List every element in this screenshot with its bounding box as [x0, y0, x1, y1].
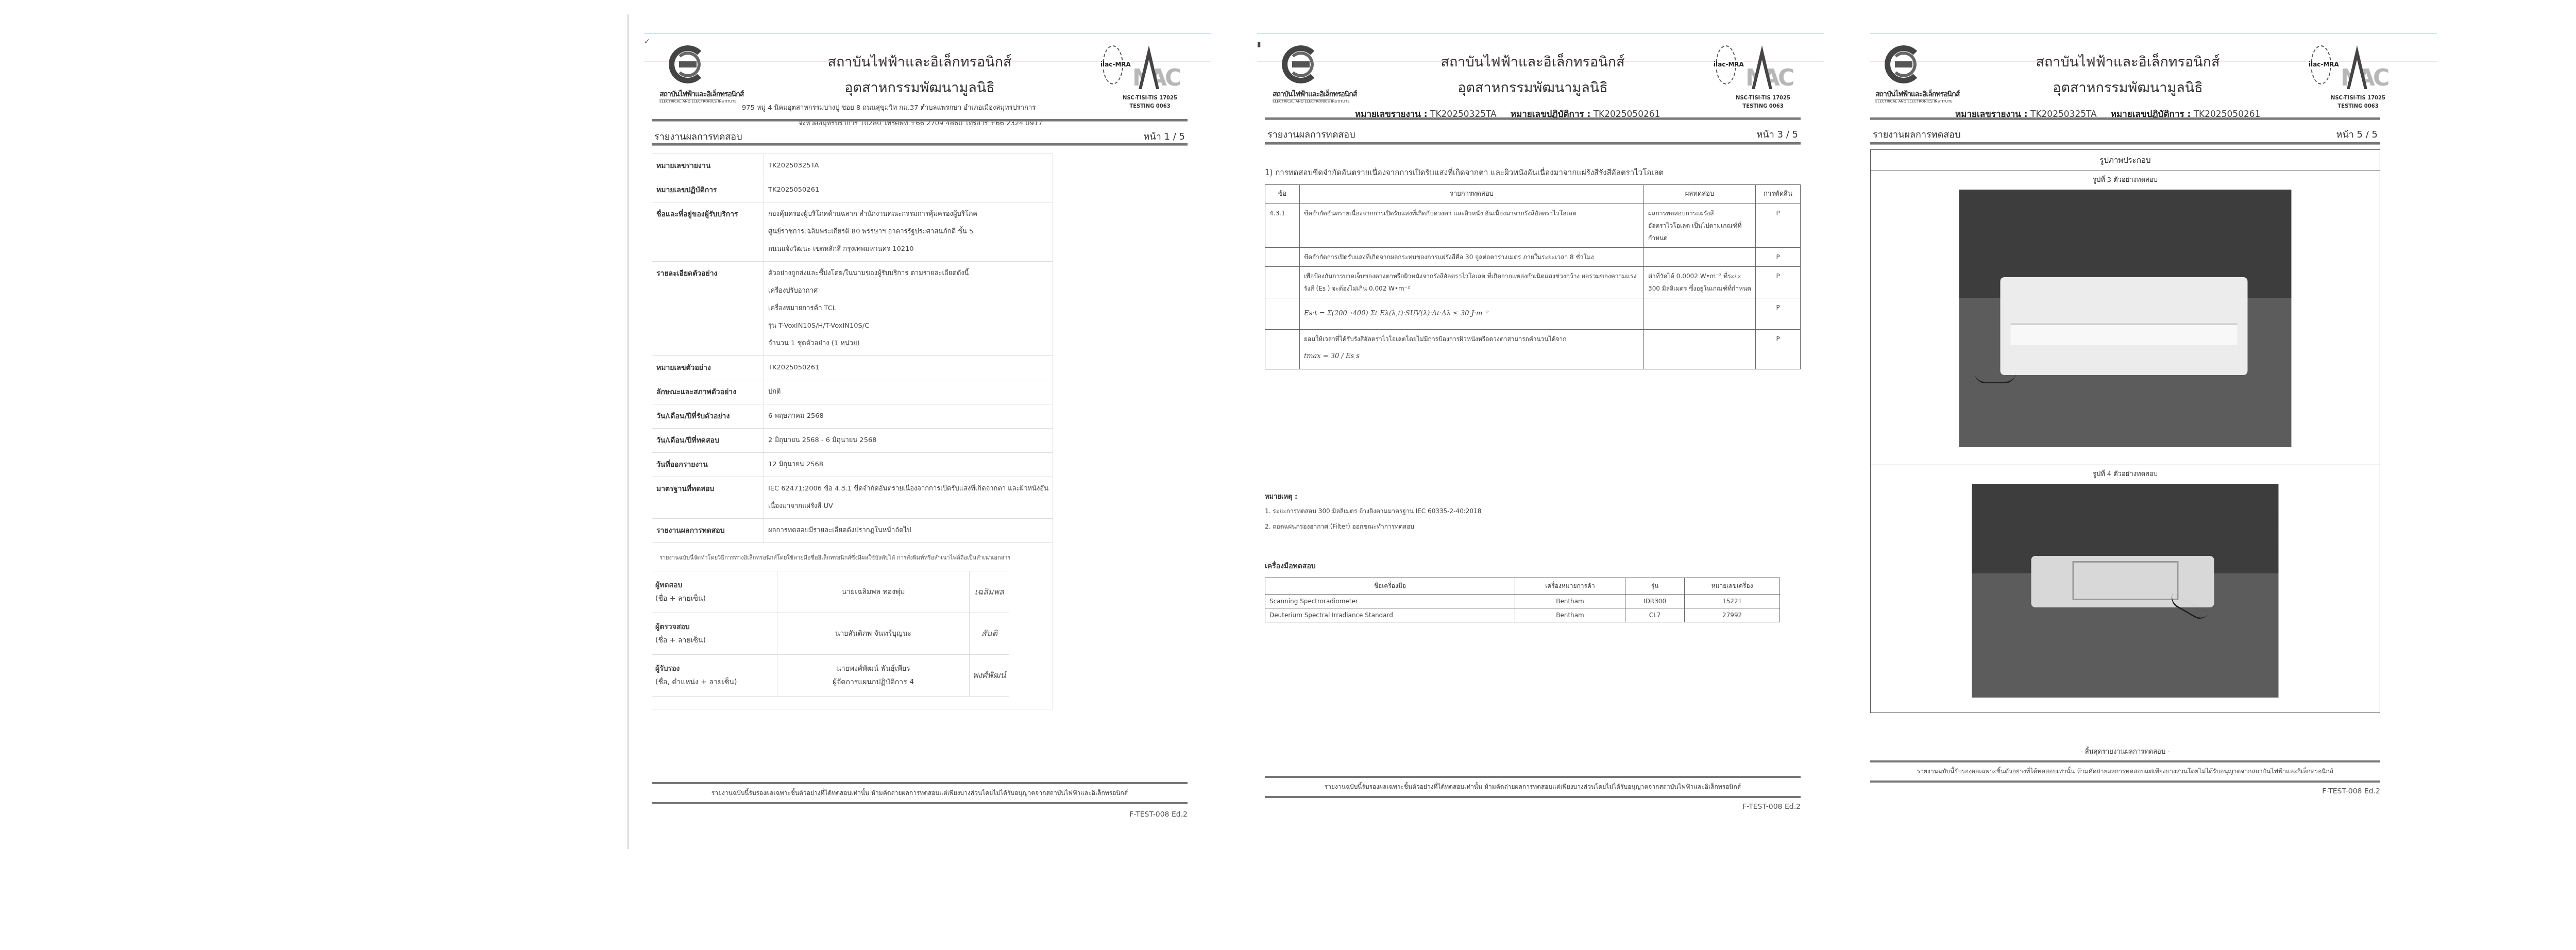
result-cell [1644, 330, 1756, 369]
result-cell: ผลการทดสอบการแผ่รังสีอัลตราไวโอเลต เป็นไ… [1644, 204, 1756, 248]
table-row: ขีดจำกัดการเปิดรับแสงที่เกิดจากผลกระทบขอ… [1265, 248, 1801, 267]
field-value: กองคุ้มครองผู้บริโภคด้านฉลาก สำนักงานคณะ… [764, 202, 1053, 262]
form-number: F-TEST-008 Ed.2 [1129, 810, 1188, 819]
table-cell: Scanning Spectroradiometer [1265, 595, 1515, 608]
equipment-table: ชื่อเครื่องมือเครื่องหมายการค้ารุ่นหมายเ… [1265, 578, 1780, 622]
result-cell [1644, 248, 1756, 267]
scan-mark: ▮ [1257, 40, 1261, 48]
column-header: การตัดสิน [1756, 185, 1801, 204]
ilac-mra-logo-icon: ilac-MRA [2311, 45, 2331, 84]
field-label: วัน/เดือน/ปีที่รับตัวอย่าง [652, 404, 764, 429]
column-header: ผลทดสอบ [1644, 185, 1756, 204]
detail-row: หมายเลขปฏิบัติการTK2025050261 [652, 178, 1053, 202]
clause-cell [1265, 267, 1300, 298]
ilac-mra-logo-icon: ilac-MRA [1103, 45, 1123, 84]
form-number: F-TEST-008 Ed.2 [1742, 803, 1801, 811]
signature-image: เฉลิมพล [970, 571, 1009, 613]
signature-image: พงศ์พัฒน์ [970, 655, 1009, 697]
table-row: Scanning SpectroradiometerBenthamIDR3001… [1265, 595, 1780, 608]
accreditation-number: NSC-TISI-TIS 17025TESTING 0063 [2331, 94, 2385, 111]
signatories-table: ผู้ทดสอบ(ชื่อ + ลายเซ็น)นายเฉลิมพล ทองพุ… [652, 571, 1009, 697]
doc-title: รายงานผลการทดสอบ [654, 131, 742, 142]
doc-title: รายงานผลการทดสอบ [1267, 129, 1355, 140]
signatory-row: ผู้ทดสอบ(ชื่อ + ลายเซ็น)นายเฉลิมพล ทองพุ… [652, 571, 1009, 613]
field-value: TK20250325TA [764, 154, 1053, 178]
table-cell: IDR300 [1625, 595, 1685, 608]
footer-disclaimer: รายงานฉบับนี้รับรองผลเฉพาะชิ้นตัวอย่างที… [1870, 760, 2380, 783]
table-cell: CL7 [1625, 608, 1685, 622]
table-cell: Bentham [1515, 608, 1625, 622]
detail-row: มาตรฐานที่ทดสอบIEC 62471:2006 ข้อ 4.3.1 … [652, 477, 1053, 519]
verdict-cell: P [1756, 298, 1801, 330]
field-value: TK2025050261 [764, 178, 1053, 202]
field-label: หมายเลขรายงาน [652, 154, 764, 178]
footer-disclaimer: รายงานฉบับนี้รับรองผลเฉพาะชิ้นตัวอย่างที… [652, 782, 1188, 804]
verdict-cell: P [1756, 204, 1801, 248]
page-number: หน้า 3 / 5 [1757, 127, 1798, 142]
signatory-row: ผู้ตรวจสอบ(ชื่อ + ลายเซ็น)นายสันติภพ จัน… [652, 613, 1009, 655]
figure-3: รูปที่ 3 ตัวอย่างทดสอบ [1871, 171, 2380, 465]
page-number: หน้า 1 / 5 [1144, 129, 1185, 144]
field-label: รายงานผลการทดสอบ [652, 519, 764, 543]
divider [1870, 142, 2380, 145]
remark-item: 1. ระยะการทดสอบ 300 มิลลิเมตร อ้างอิงตาม… [1265, 506, 1481, 516]
letterhead: สถาบันไฟฟ้าและอิเล็กทรอนิกส์ ELECTRICAL … [649, 30, 1190, 138]
air-conditioner-front-photo [1959, 190, 2292, 447]
divider [1265, 117, 1801, 120]
verdict-cell: P [1756, 267, 1801, 298]
signature-image: สันติ [970, 613, 1009, 655]
column-header: เครื่องหมายการค้า [1515, 578, 1625, 595]
result-cell: ค่าที่วัดได้ 0.0002 W•m⁻² ที่ระยะ 300 มิ… [1644, 267, 1756, 298]
field-value: ผลการทดสอบมีรายละเอียดดังปรากฏในหน้าถัดไ… [764, 519, 1053, 543]
result-cell [1644, 298, 1756, 330]
accreditation-number: NSC-TISI-TIS 17025TESTING 0063 [1123, 94, 1177, 111]
test-item-cell: ขีดจำกัดการเปิดรับแสงที่เกิดจากผลกระทบขอ… [1300, 248, 1644, 267]
detail-row: วัน/เดือน/ปีที่รับตัวอย่าง6 พฤษภาคม 2568 [652, 404, 1053, 429]
esignature-note: รายงานฉบับนี้จัดทำโดยวิธีการทางอิเล็กทรอ… [659, 553, 1010, 562]
doc-title: รายงานผลการทดสอบ [1873, 129, 1961, 140]
detail-row: หมายเลขตัวอย่างTK2025050261 [652, 356, 1053, 380]
signatory-name: นายพงศ์พัฒน์ พันธุ์เพียรผู้จัดการแผนกปฏิ… [777, 655, 970, 697]
letterhead: สถาบันไฟฟ้าและอิเล็กทรอนิกส์ ELECTRICAL … [1875, 30, 2416, 138]
divider [1265, 142, 1801, 145]
report-page-3: ▮ สถาบันไฟฟ้าและอิเล็กทรอนิกส์ ELECTRICA… [1242, 14, 1824, 849]
column-header: ชื่อเครื่องมือ [1265, 578, 1515, 595]
test-item-cell: เพื่อป้องกันการบาดเจ็บของดวงตาหรือผิวหนั… [1300, 267, 1644, 298]
field-value: ตัวอย่างถูกส่งและชี้บ่งโดย/ในนามของผู้รั… [764, 262, 1053, 356]
signatory-name: นายเฉลิมพล ทองพุ่ม [777, 571, 970, 613]
field-label: ลักษณะและสภาพตัวอย่าง [652, 380, 764, 404]
report-title-row: รายงานผลการทดสอบ หน้า 5 / 5 [1873, 127, 2378, 142]
column-header: หมายเลขเครื่อง [1685, 578, 1780, 595]
signatory-role: ผู้ตรวจสอบ(ชื่อ + ลายเซ็น) [652, 613, 777, 655]
signatory-name: นายสันติภพ จันทร์บุญนะ [777, 613, 970, 655]
field-label: วัน/เดือน/ปีที่ทดสอบ [652, 429, 764, 453]
page-number: หน้า 5 / 5 [2336, 127, 2378, 142]
org-foundation: อุตสาหกรรมพัฒนามูลนิธิ [1875, 76, 2380, 98]
figures-heading: รูปภาพประกอบ [1871, 150, 2380, 171]
verdict-cell: P [1756, 248, 1801, 267]
table-row: ยอมให้เวลาที่ได้รับรังสีอัลตราไวโอเลตโดย… [1265, 330, 1801, 369]
detail-row: วัน/เดือน/ปีที่ทดสอบ2 มิถุนายน 2568 - 6 … [652, 429, 1053, 453]
field-value: 6 พฤษภาคม 2568 [764, 404, 1053, 429]
field-label: หมายเลขปฏิบัติการ [652, 178, 764, 202]
field-label: หมายเลขตัวอย่าง [652, 356, 764, 380]
figure-caption: รูปที่ 4 ตัวอย่างทดสอบ [1871, 465, 2380, 479]
report-page-5: สถาบันไฟฟ้าและอิเล็กทรอนิกส์ ELECTRICAL … [1855, 14, 2437, 849]
figures-table: รูปภาพประกอบ รูปที่ 3 ตัวอย่างทดสอบ รูปท… [1870, 149, 2380, 713]
table-header-row: ชื่อเครื่องมือเครื่องหมายการค้ารุ่นหมายเ… [1265, 578, 1780, 595]
form-number: F-TEST-008 Ed.2 [2322, 787, 2380, 795]
test-item-cell: ยอมให้เวลาที่ได้รับรังสีอัลตราไวโอเลตโดย… [1300, 330, 1644, 369]
table-row: เพื่อป้องกันการบาดเจ็บของดวงตาหรือผิวหนั… [1265, 267, 1801, 298]
table-header-row: ข้อรายการทดสอบผลทดสอบการตัดสิน [1265, 185, 1801, 204]
field-value: IEC 62471:2006 ข้อ 4.3.1 ขีดจำกัดอันตราย… [764, 477, 1053, 519]
field-value: ปกติ [764, 380, 1053, 404]
table-row: 4.3.1ขีดจำกัดอันตรายเนื่องจากการเปิดรับแ… [1265, 204, 1801, 248]
signatory-role: ผู้รับรอง(ชื่อ, ตำแหน่ง + ลายเซ็น) [652, 655, 777, 697]
detail-row: รายงานผลการทดสอบผลการทดสอบมีรายละเอียดดั… [652, 519, 1053, 543]
test-results-table: ข้อรายการทดสอบผลทดสอบการตัดสิน4.3.1ขีดจำ… [1265, 184, 1801, 369]
report-title-row: รายงานผลการทดสอบ หน้า 3 / 5 [1267, 127, 1798, 142]
detail-row: ลักษณะและสภาพตัวอย่างปกติ [652, 380, 1053, 404]
column-header: รุ่น [1625, 578, 1685, 595]
field-value: 12 มิถุนายน 2568 [764, 453, 1053, 477]
report-page-1: ✓ สถาบันไฟฟ้าและอิเล็กทรอนิกส์ ELECTRICA… [628, 14, 1211, 849]
table-row: Deuterium Spectral Irradiance StandardBe… [1265, 608, 1780, 622]
report-title-row: รายงานผลการทดสอบ หน้า 1 / 5 [654, 129, 1185, 144]
footer-disclaimer: รายงานฉบับนี้รับรองผลเฉพาะชิ้นตัวอย่างที… [1265, 776, 1801, 798]
test-item-cell: ขีดจำกัดอันตรายเนื่องจากการเปิดรับแสงที่… [1300, 204, 1644, 248]
table-cell: Deuterium Spectral Irradiance Standard [1265, 608, 1515, 622]
detail-row: รายละเอียดตัวอย่างตัวอย่างถูกส่งและชี้บ่… [652, 262, 1053, 356]
column-header: ข้อ [1265, 185, 1300, 204]
detail-row: หมายเลขรายงานTK20250325TA [652, 154, 1053, 178]
figure-4: รูปที่ 4 ตัวอย่างทดสอบ [1871, 465, 2380, 712]
field-label: มาตรฐานที่ทดสอบ [652, 477, 764, 519]
clause-cell [1265, 298, 1300, 330]
test-item-cell: Es·t = Σ(200→400) Σt Eλ(λ,t)·SUV(λ)·Δt·Δ… [1300, 298, 1644, 330]
divider [652, 119, 1188, 122]
clause-cell [1265, 330, 1300, 369]
accreditation-number: NSC-TISI-TIS 17025TESTING 0063 [1736, 94, 1790, 111]
clause-cell: 4.3.1 [1265, 204, 1300, 248]
field-value: TK2025050261 [764, 356, 1053, 380]
field-value: 2 มิถุนายน 2568 - 6 มิถุนายน 2568 [764, 429, 1053, 453]
clause-cell [1265, 248, 1300, 267]
column-header: รายการทดสอบ [1300, 185, 1644, 204]
signatory-row: ผู้รับรอง(ชื่อ, ตำแหน่ง + ลายเซ็น)นายพงศ… [652, 655, 1009, 697]
remarks-heading: หมายเหตุ : [1265, 491, 1297, 502]
field-label: รายละเอียดตัวอย่าง [652, 262, 764, 356]
equipment-heading: เครื่องมือทดสอบ [1265, 561, 1316, 572]
detail-row: วันที่ออกรายงาน12 มิถุนายน 2568 [652, 453, 1053, 477]
signatory-role: ผู้ทดสอบ(ชื่อ + ลายเซ็น) [652, 571, 777, 613]
verdict-cell: P [1756, 330, 1801, 369]
remark-item: 2. ถอดแผ่นกรองอากาศ (Filter) ออกขณะทำการ… [1265, 522, 1414, 532]
table-row: Es·t = Σ(200→400) Σt Eλ(λ,t)·SUV(λ)·Δt·Δ… [1265, 298, 1801, 330]
end-of-report: - สิ้นสุดรายงานผลการทดสอบ - [1855, 746, 2396, 757]
ilac-mra-logo-icon: ilac-MRA [1716, 45, 1736, 84]
table-cell: 15221 [1685, 595, 1780, 608]
divider [652, 143, 1188, 146]
field-label: ชื่อและที่อยู่ของผู้รับบริการ [652, 202, 764, 262]
section-title: 1) การทดสอบขีดจำกัดอันตรายเนื่องจากการเป… [1265, 166, 1664, 179]
table-cell: Bentham [1515, 595, 1625, 608]
divider [1870, 117, 2380, 120]
table-cell: 27992 [1685, 608, 1780, 622]
detail-row: ชื่อและที่อยู่ของผู้รับบริการกองคุ้มครอง… [652, 202, 1053, 262]
field-label: วันที่ออกรายงาน [652, 453, 764, 477]
letterhead: สถาบันไฟฟ้าและอิเล็กทรอนิกส์ ELECTRICAL … [1262, 30, 1803, 138]
org-name: สถาบันไฟฟ้าและอิเล็กทรอนิกส์ [1875, 50, 2380, 73]
air-conditioner-rear-photo [1972, 484, 2279, 698]
figure-caption: รูปที่ 3 ตัวอย่างทดสอบ [1871, 171, 2380, 185]
org-address: 975 หมู่ 4 นิคมอุตสาหกรรมบางปู ซอย 8 ถนน… [742, 102, 1036, 113]
